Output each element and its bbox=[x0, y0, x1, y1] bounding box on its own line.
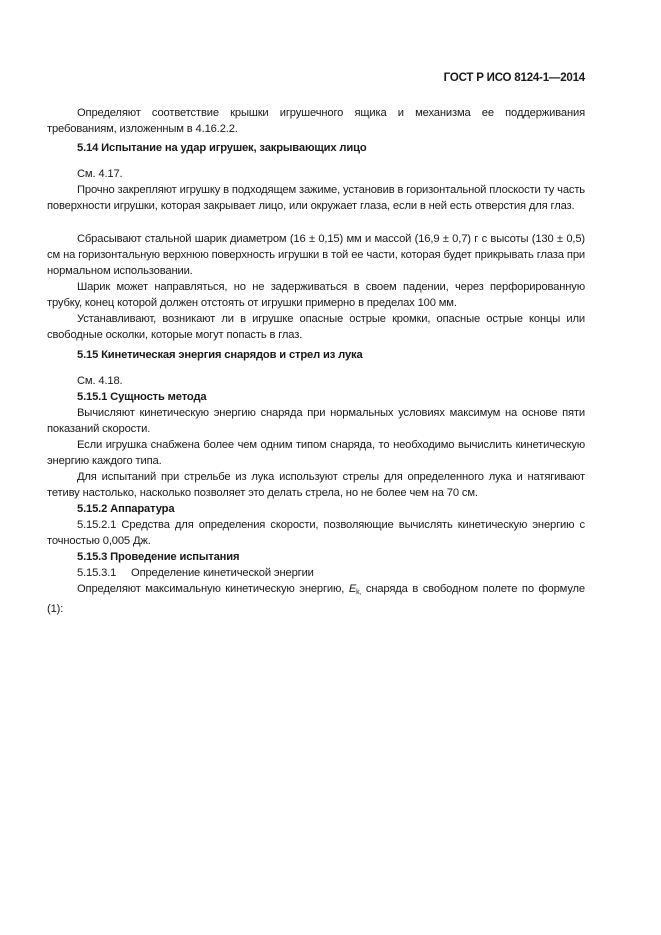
paragraph: Для испытаний при стрельбе из лука испол… bbox=[47, 469, 585, 501]
paragraph: Если игрушка снабжена более чем одним ти… bbox=[47, 437, 585, 469]
standard-header: ГОСТ Р ИСО 8124-1—2014 bbox=[444, 72, 585, 84]
paragraph: Сбрасывают стальной шарик диаметром (16 … bbox=[47, 231, 585, 280]
paragraph: 5.15.2.1 Средства для определения скорос… bbox=[47, 517, 585, 549]
document-page: ГОСТ Р ИСО 8124-1—2014 Определяют соотве… bbox=[0, 0, 661, 935]
section-heading-5-14: 5.14 Испытание на удар игрушек, закрываю… bbox=[47, 140, 615, 156]
paragraph: Вычисляют кинетическую энергию снаряда п… bbox=[47, 405, 585, 437]
paragraph: Определяют соответствие крышки игрушечно… bbox=[47, 105, 585, 137]
paragraph: См. 4.18. bbox=[47, 373, 615, 389]
paragraph: Шарик может направляться, но не задержив… bbox=[47, 279, 585, 311]
section-heading-5-15: 5.15 Кинетическая энергия снарядов и стр… bbox=[47, 347, 615, 363]
section-heading-5-15-2: 5.15.2 Аппаратура bbox=[47, 501, 615, 517]
section-heading-5-15-1: 5.15.1 Сущность метода bbox=[47, 389, 615, 405]
text: Определяют максимальную кинетическую эне… bbox=[77, 583, 349, 595]
paragraph: 5.15.3.1 Определение кинетической энерги… bbox=[47, 565, 615, 581]
paragraph: Прочно закрепляют игрушку в подходящем з… bbox=[47, 182, 585, 214]
section-heading-5-15-3: 5.15.3 Проведение испытания bbox=[47, 549, 615, 565]
paragraph: Устанавливают, возникают ли в игрушке оп… bbox=[47, 311, 585, 343]
paragraph: См. 4.17. bbox=[47, 166, 615, 182]
paragraph: Определяют максимальную кинетическую эне… bbox=[47, 581, 585, 617]
